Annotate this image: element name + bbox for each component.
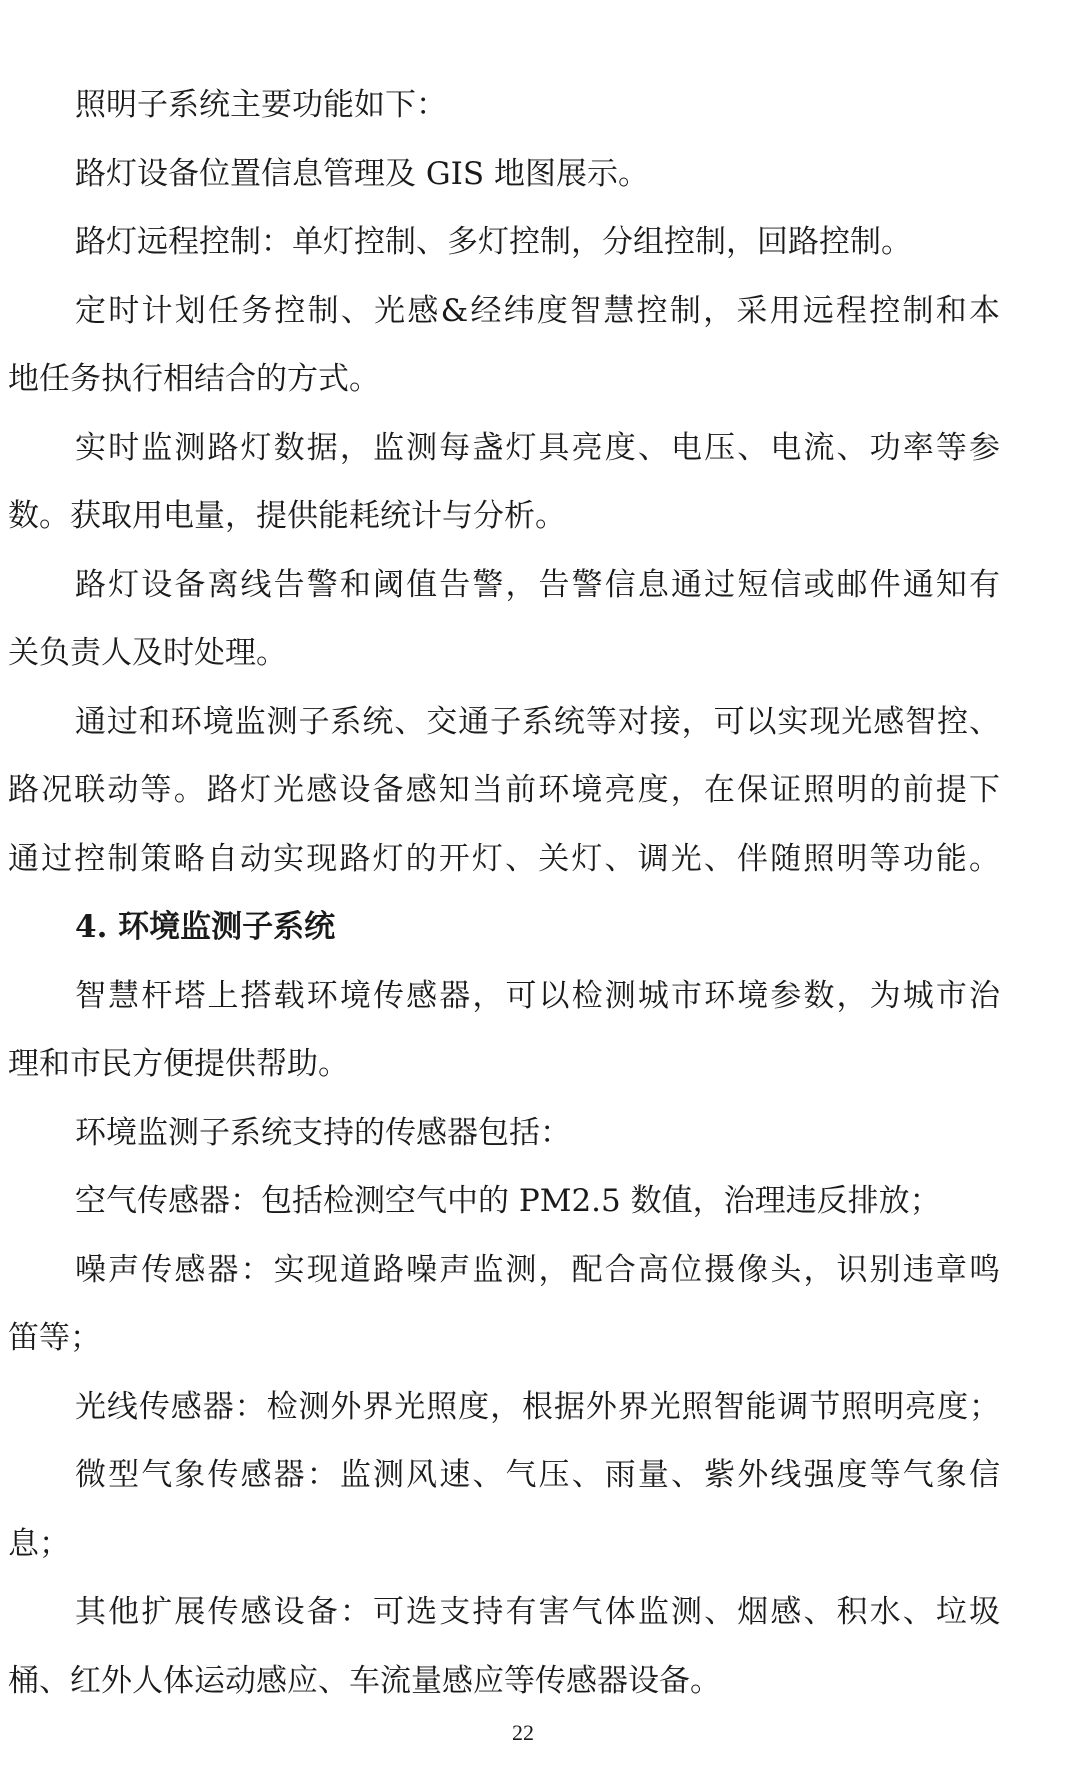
text-line: 微型气象传感器：监测风速、气压、雨量、紫外线强度等气象信 bbox=[75, 1453, 1000, 1497]
text-line: 数。获取用电量，提供能耗统计与分析。 bbox=[8, 494, 1000, 538]
text-line: 笛等； bbox=[8, 1316, 1000, 1360]
text-line: 噪声传感器：实现道路噪声监测，配合高位摄像头，识别违章鸣 bbox=[75, 1248, 1000, 1292]
section-heading: 4. 环境监测子系统 bbox=[75, 905, 1000, 949]
text-line: 实时监测路灯数据，监测每盏灯具亮度、电压、电流、功率等参 bbox=[75, 426, 1000, 470]
text-line: 息； bbox=[8, 1522, 1000, 1566]
text-line: 路灯设备位置信息管理及 GIS 地图展示。 bbox=[75, 152, 1000, 196]
text-line: 理和市民方便提供帮助。 bbox=[8, 1042, 1000, 1086]
text-line: 关负责人及时处理。 bbox=[8, 631, 1000, 675]
document-page: 照明子系统主要功能如下： 路灯设备位置信息管理及 GIS 地图展示。 路灯远程控… bbox=[0, 0, 1080, 1788]
text-line: 路灯设备离线告警和阈值告警，告警信息通过短信或邮件通知有 bbox=[75, 563, 1000, 607]
page-number: 22 bbox=[0, 1720, 1046, 1746]
text-line: 通过和环境监测子系统、交通子系统等对接，可以实现光感智控、 bbox=[75, 700, 1000, 744]
text-line: 桶、红外人体运动感应、车流量感应等传感器设备。 bbox=[8, 1659, 1000, 1703]
text-line: 光线传感器：检测外界光照度，根据外界光照智能调节照明亮度； bbox=[75, 1385, 1000, 1429]
text-line: 环境监测子系统支持的传感器包括： bbox=[75, 1111, 1000, 1155]
text-line: 空气传感器：包括检测空气中的 PM2.5 数值，治理违反排放； bbox=[75, 1179, 1000, 1223]
text-line: 路灯远程控制：单灯控制、多灯控制，分组控制，回路控制。 bbox=[75, 220, 1000, 264]
text-line: 地任务执行相结合的方式。 bbox=[8, 357, 1000, 401]
text-line: 路况联动等。路灯光感设备感知当前环境亮度，在保证照明的前提下 bbox=[8, 768, 1000, 812]
text-line: 智慧杆塔上搭载环境传感器，可以检测城市环境参数，为城市治 bbox=[75, 974, 1000, 1018]
text-line: 其他扩展传感设备：可选支持有害气体监测、烟感、积水、垃圾 bbox=[75, 1590, 1000, 1634]
text-line: 通过控制策略自动实现路灯的开灯、关灯、调光、伴随照明等功能。 bbox=[8, 837, 1000, 881]
text-line: 照明子系统主要功能如下： bbox=[75, 83, 1000, 127]
text-line: 定时计划任务控制、光感&经纬度智慧控制，采用远程控制和本 bbox=[75, 289, 1000, 333]
